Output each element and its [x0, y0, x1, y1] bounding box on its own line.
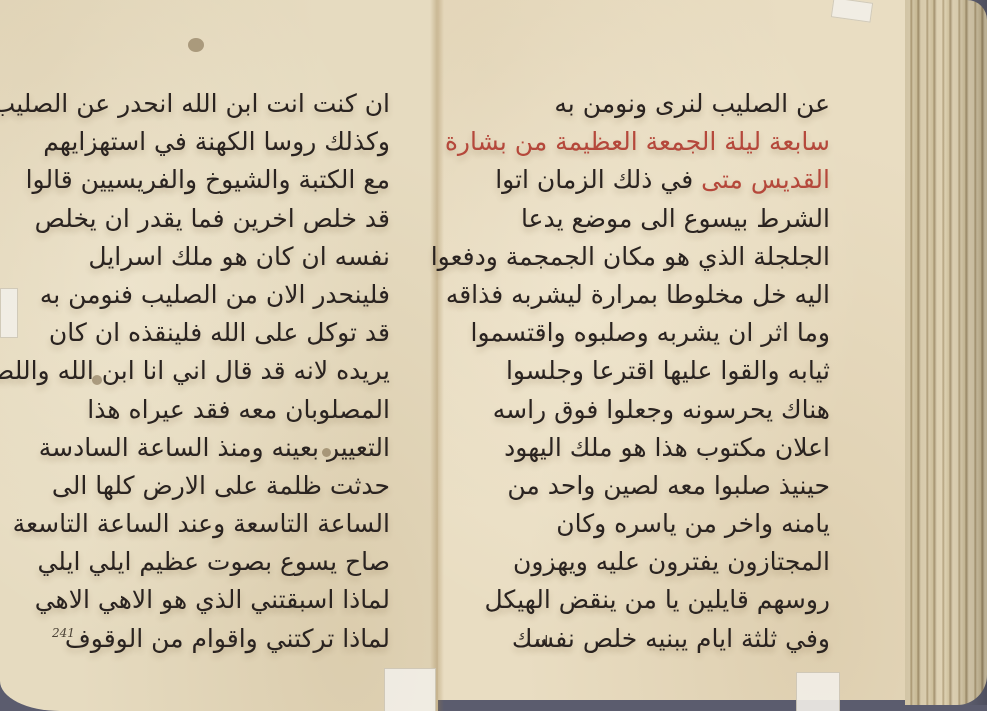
text-line: المصلوبان معه فقد عيراه هذا: [55, 391, 390, 429]
text-line: اليه خل مخلوطا بمرارة ليشربه فذاقه: [490, 276, 830, 314]
text-line: قد خلص اخرين فما يقدر ان يخلص: [55, 200, 390, 238]
text-line: عن الصليب لنرى ونومن به: [490, 85, 830, 123]
rubric-text: القديس متى: [701, 165, 830, 194]
text-line: التعيير بعينه ومنذ الساعة السادسة: [55, 429, 390, 467]
text-line: ان كنت انت ابن الله انحدر عن الصليب: [55, 85, 390, 123]
book-gutter: [430, 0, 444, 711]
bottom-right-tab: [796, 672, 840, 711]
text-line: فلينحدر الان من الصليب فنومن به: [55, 276, 390, 314]
left-page-text: ان كنت انت ابن الله انحدر عن الصليب وكذل…: [55, 85, 390, 658]
catchword: ان: [535, 634, 548, 649]
bottom-left-tab: [384, 668, 436, 711]
text-line: لماذا اسبقتني الذي هو الاهي الاهي: [55, 581, 390, 619]
text-line: صاح يسوع بصوت عظيم ايلي ايلي: [55, 543, 390, 581]
text-line: لماذا تركتني واقوام من الوقوف: [55, 620, 390, 658]
text-line: نفسه ان كان هو ملك اسرايل: [55, 238, 390, 276]
text-line: الجلجلة الذي هو مكان الجمجمة ودفعوا: [490, 238, 830, 276]
text-line: هناك يحرسونه وجعلوا فوق راسه: [490, 391, 830, 429]
text-line: قد توكل على الله فلينقذه ان كان: [55, 314, 390, 352]
right-page-text: عن الصليب لنرى ونومن به سابعة ليلة الجمع…: [490, 85, 830, 658]
text-line: القديس متى في ذلك الزمان اتوا: [490, 161, 830, 199]
text-line: مع الكتبة والشيوخ والفريسيين قالوا: [55, 161, 390, 199]
text-line: الشرط بيسوع الى موضع يدعا: [490, 200, 830, 238]
stain: [188, 38, 204, 52]
text-line: وكذلك روسا الكهنة في استهزايهم: [55, 123, 390, 161]
text-line: ثيابه والقوا عليها اقترعا وجلسوا: [490, 352, 830, 390]
text-line: روسهم قايلين يا من ينقض الهيكل: [490, 581, 830, 619]
text-tail: في ذلك الزمان اتوا: [495, 165, 693, 194]
left-margin-tab: [0, 288, 18, 338]
text-line: وما اثر ان يشربه وصلبوه واقتسموا: [490, 314, 830, 352]
page-edges: [905, 0, 987, 705]
text-line: المجتازون يفترون عليه ويهزون: [490, 543, 830, 581]
text-line: يامنه واخر من ياسره وكان: [490, 505, 830, 543]
text-line: حدثت ظلمة على الارض كلها الى: [55, 467, 390, 505]
text-line: اعلان مكتوب هذا هو ملك اليهود: [490, 429, 830, 467]
text-line: حينيذ صلبوا معه لصين واحد من: [490, 467, 830, 505]
folio-number: 241: [52, 626, 75, 640]
text-line: الساعة التاسعة وعند الساعة التاسعة: [55, 505, 390, 543]
rubric-line: سابعة ليلة الجمعة العظيمة من بشارة: [490, 123, 830, 161]
text-line: يريده لانه قد قال اني انا ابن الله واللص…: [55, 352, 390, 390]
